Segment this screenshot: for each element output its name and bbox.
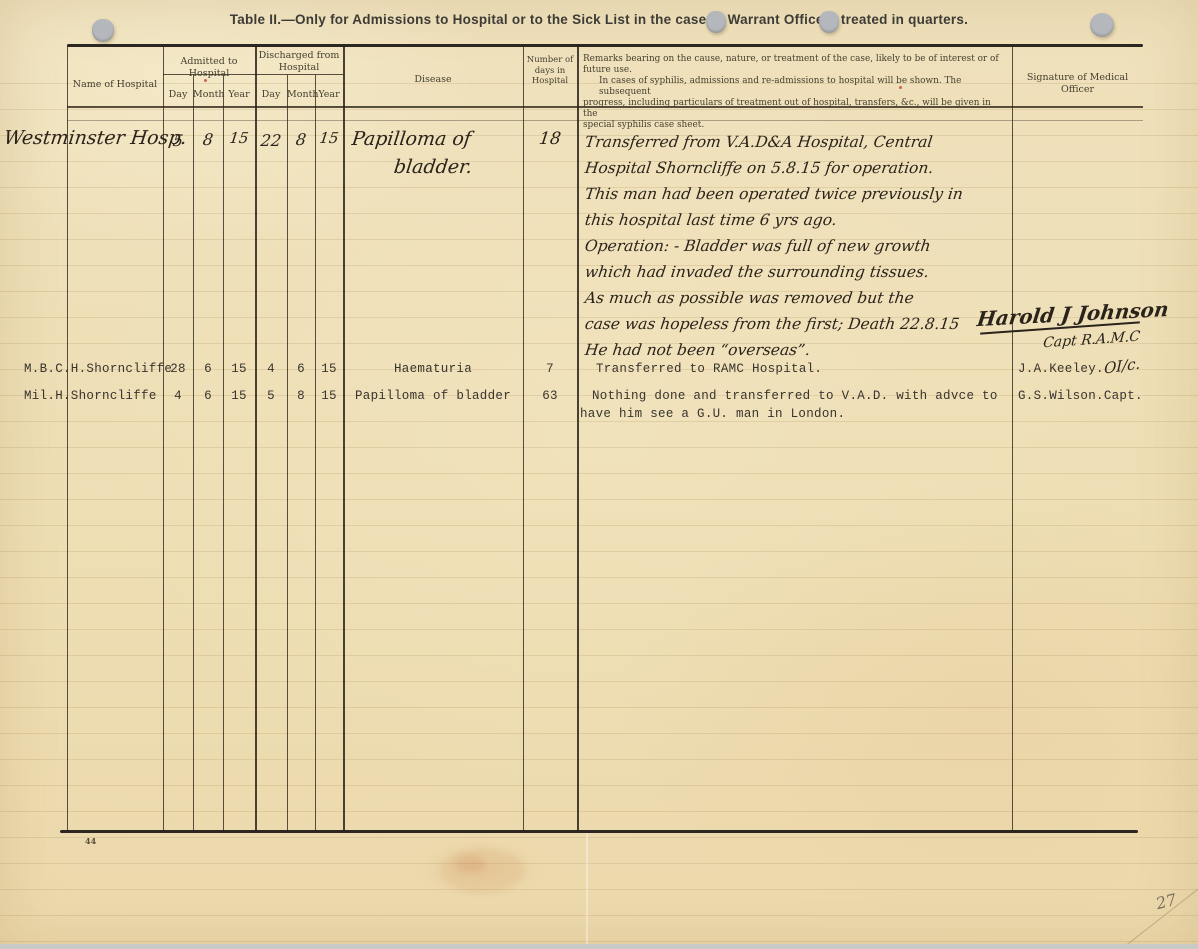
row3-discharged-day: 5 [255, 389, 287, 403]
row1-admitted-day: 5 [162, 131, 194, 150]
row3-admitted-day: 4 [163, 389, 193, 403]
table-vertical-line [67, 45, 68, 831]
row3-admitted-year: 15 [223, 389, 255, 403]
table-vertical-line [343, 45, 345, 831]
header-remarks-line: Remarks bearing on the cause, nature, or… [583, 54, 1007, 76]
header-discharged-group: Discharged from Hospital [255, 50, 343, 73]
row2-hospital-name: M.B.C.H.Shorncliffe [24, 362, 172, 376]
row1-remarks-line: case was hopeless from the first; Death … [583, 311, 1026, 337]
red-ink-speck [899, 86, 902, 89]
row3-discharged-year: 15 [315, 389, 343, 403]
table-vertical-line [287, 75, 288, 831]
paper-crease [586, 833, 588, 949]
header-admitted-month: Month [193, 89, 223, 101]
row2-admitted-year: 15 [223, 362, 255, 376]
header-remarks-line: In cases of syphilis, admissions and re-… [583, 76, 1007, 98]
table-bottom-rule [60, 830, 1138, 833]
header-disease: Disease [343, 74, 523, 86]
row2-disease: Haematuria [343, 362, 523, 376]
header-days-in-hospital: Number of days in Hospital [523, 55, 577, 87]
row1-remarks-line: which had invaded the surrounding tissue… [583, 259, 1026, 285]
row2-discharged-month: 6 [287, 362, 315, 376]
row2-signature: J.A.Keeley. [1018, 362, 1104, 376]
corner-fold-crease [1122, 882, 1198, 949]
row1-days-in-hospital: 18 [522, 129, 578, 149]
row1-remarks-line: Operation: - Bladder was full of new gro… [583, 233, 1026, 259]
row2-admitted-month: 6 [193, 362, 223, 376]
form-print-mark: 44 [85, 836, 96, 846]
stain-mark [455, 855, 485, 873]
row2-discharged-day: 4 [255, 362, 287, 376]
header-admitted-day: Day [163, 89, 193, 101]
row1-admitted-month: 8 [192, 130, 224, 149]
header-discharged-month: Month [287, 89, 315, 101]
header-name-of-hospital: Name of Hospital [67, 79, 163, 91]
fastener-blob-over-title-2 [819, 11, 839, 33]
row1-remarks: Transferred from V.A.D&A Hospital, Centr… [585, 129, 1025, 363]
table-top-rule [67, 44, 1143, 47]
row3-remarks-line1: Nothing done and transferred to V.A.D. w… [592, 389, 998, 403]
row1-disease-line1: Papilloma of [351, 128, 473, 150]
table-vertical-line [577, 45, 579, 831]
header-discharged-day: Day [255, 89, 287, 101]
row1-remarks-line: As much as possible was removed but the [583, 285, 1026, 311]
table-vertical-line [255, 45, 257, 831]
header-admitted-group: Admitted to Hospital [163, 56, 255, 79]
row3-hospital-name: Mil.H.Shorncliffe [24, 389, 157, 403]
page-title: Table II.—Only for Admissions to Hospita… [0, 12, 1198, 27]
row1-signature-rank: Capt R.A.M.C [1042, 329, 1141, 352]
row2-discharged-year: 15 [315, 362, 343, 376]
row3-admitted-month: 6 [193, 389, 223, 403]
row1-remarks-line: Transferred from V.A.D&A Hospital, Centr… [583, 129, 1026, 155]
header-signature: Signature of Medical Officer [1012, 72, 1143, 95]
row1-discharged-month: 8 [286, 130, 316, 149]
header-remarks: Remarks bearing on the cause, nature, or… [583, 54, 1007, 131]
table-vertical-line [523, 45, 524, 831]
row3-disease: Papilloma of bladder [343, 389, 523, 403]
row1-hospital-name: Westminster Hosp. [3, 127, 188, 149]
header-discharged-year: Year [315, 89, 343, 101]
table-vertical-line [223, 75, 224, 831]
row1-remarks-line: He had not been “overseas”. [583, 337, 1026, 363]
table-vertical-line [193, 75, 194, 831]
scan-edge-strip [0, 944, 1198, 949]
table-vertical-line [315, 75, 316, 831]
row3-signature: G.S.Wilson.Capt. [1018, 389, 1143, 403]
paper-fastener-right [1090, 13, 1114, 37]
row1-remarks-line: this hospital last time 6 yrs ago. [583, 207, 1026, 233]
row2-admitted-day: 28 [163, 362, 193, 376]
row1-discharged-day: 22 [254, 131, 288, 150]
fastener-blob-over-title-1 [706, 11, 726, 33]
row2-signature-annotation: OI/c. [1104, 354, 1141, 377]
row1-remarks-line: Hospital Shorncliffe on 5.8.15 for opera… [583, 155, 1026, 181]
table-vertical-line [163, 45, 164, 831]
row3-discharged-month: 8 [287, 389, 315, 403]
row1-discharged-year: 15 [314, 129, 344, 147]
row3-remarks-line2: have him see a G.U. man in London. [580, 407, 845, 421]
paper-fastener-left [92, 19, 114, 42]
row1-disease-line2: bladder. [393, 156, 474, 178]
red-ink-speck [204, 79, 207, 82]
row1-admitted-year: 15 [222, 129, 256, 147]
pencil-mark: 27 [1154, 890, 1178, 913]
row3-days-in-hospital: 63 [523, 389, 577, 403]
stain-mark [440, 848, 525, 893]
scanned-document-page: Table II.—Only for Admissions to Hospita… [0, 0, 1198, 949]
row2-remarks: Transferred to RAMC Hospital. [596, 362, 822, 376]
row2-days-in-hospital: 7 [523, 362, 577, 376]
header-remarks-line: progress, including particulars of treat… [583, 98, 1007, 120]
header-admitted-year: Year [223, 89, 255, 101]
row1-remarks-line: This man had been operated twice previou… [583, 181, 1026, 207]
